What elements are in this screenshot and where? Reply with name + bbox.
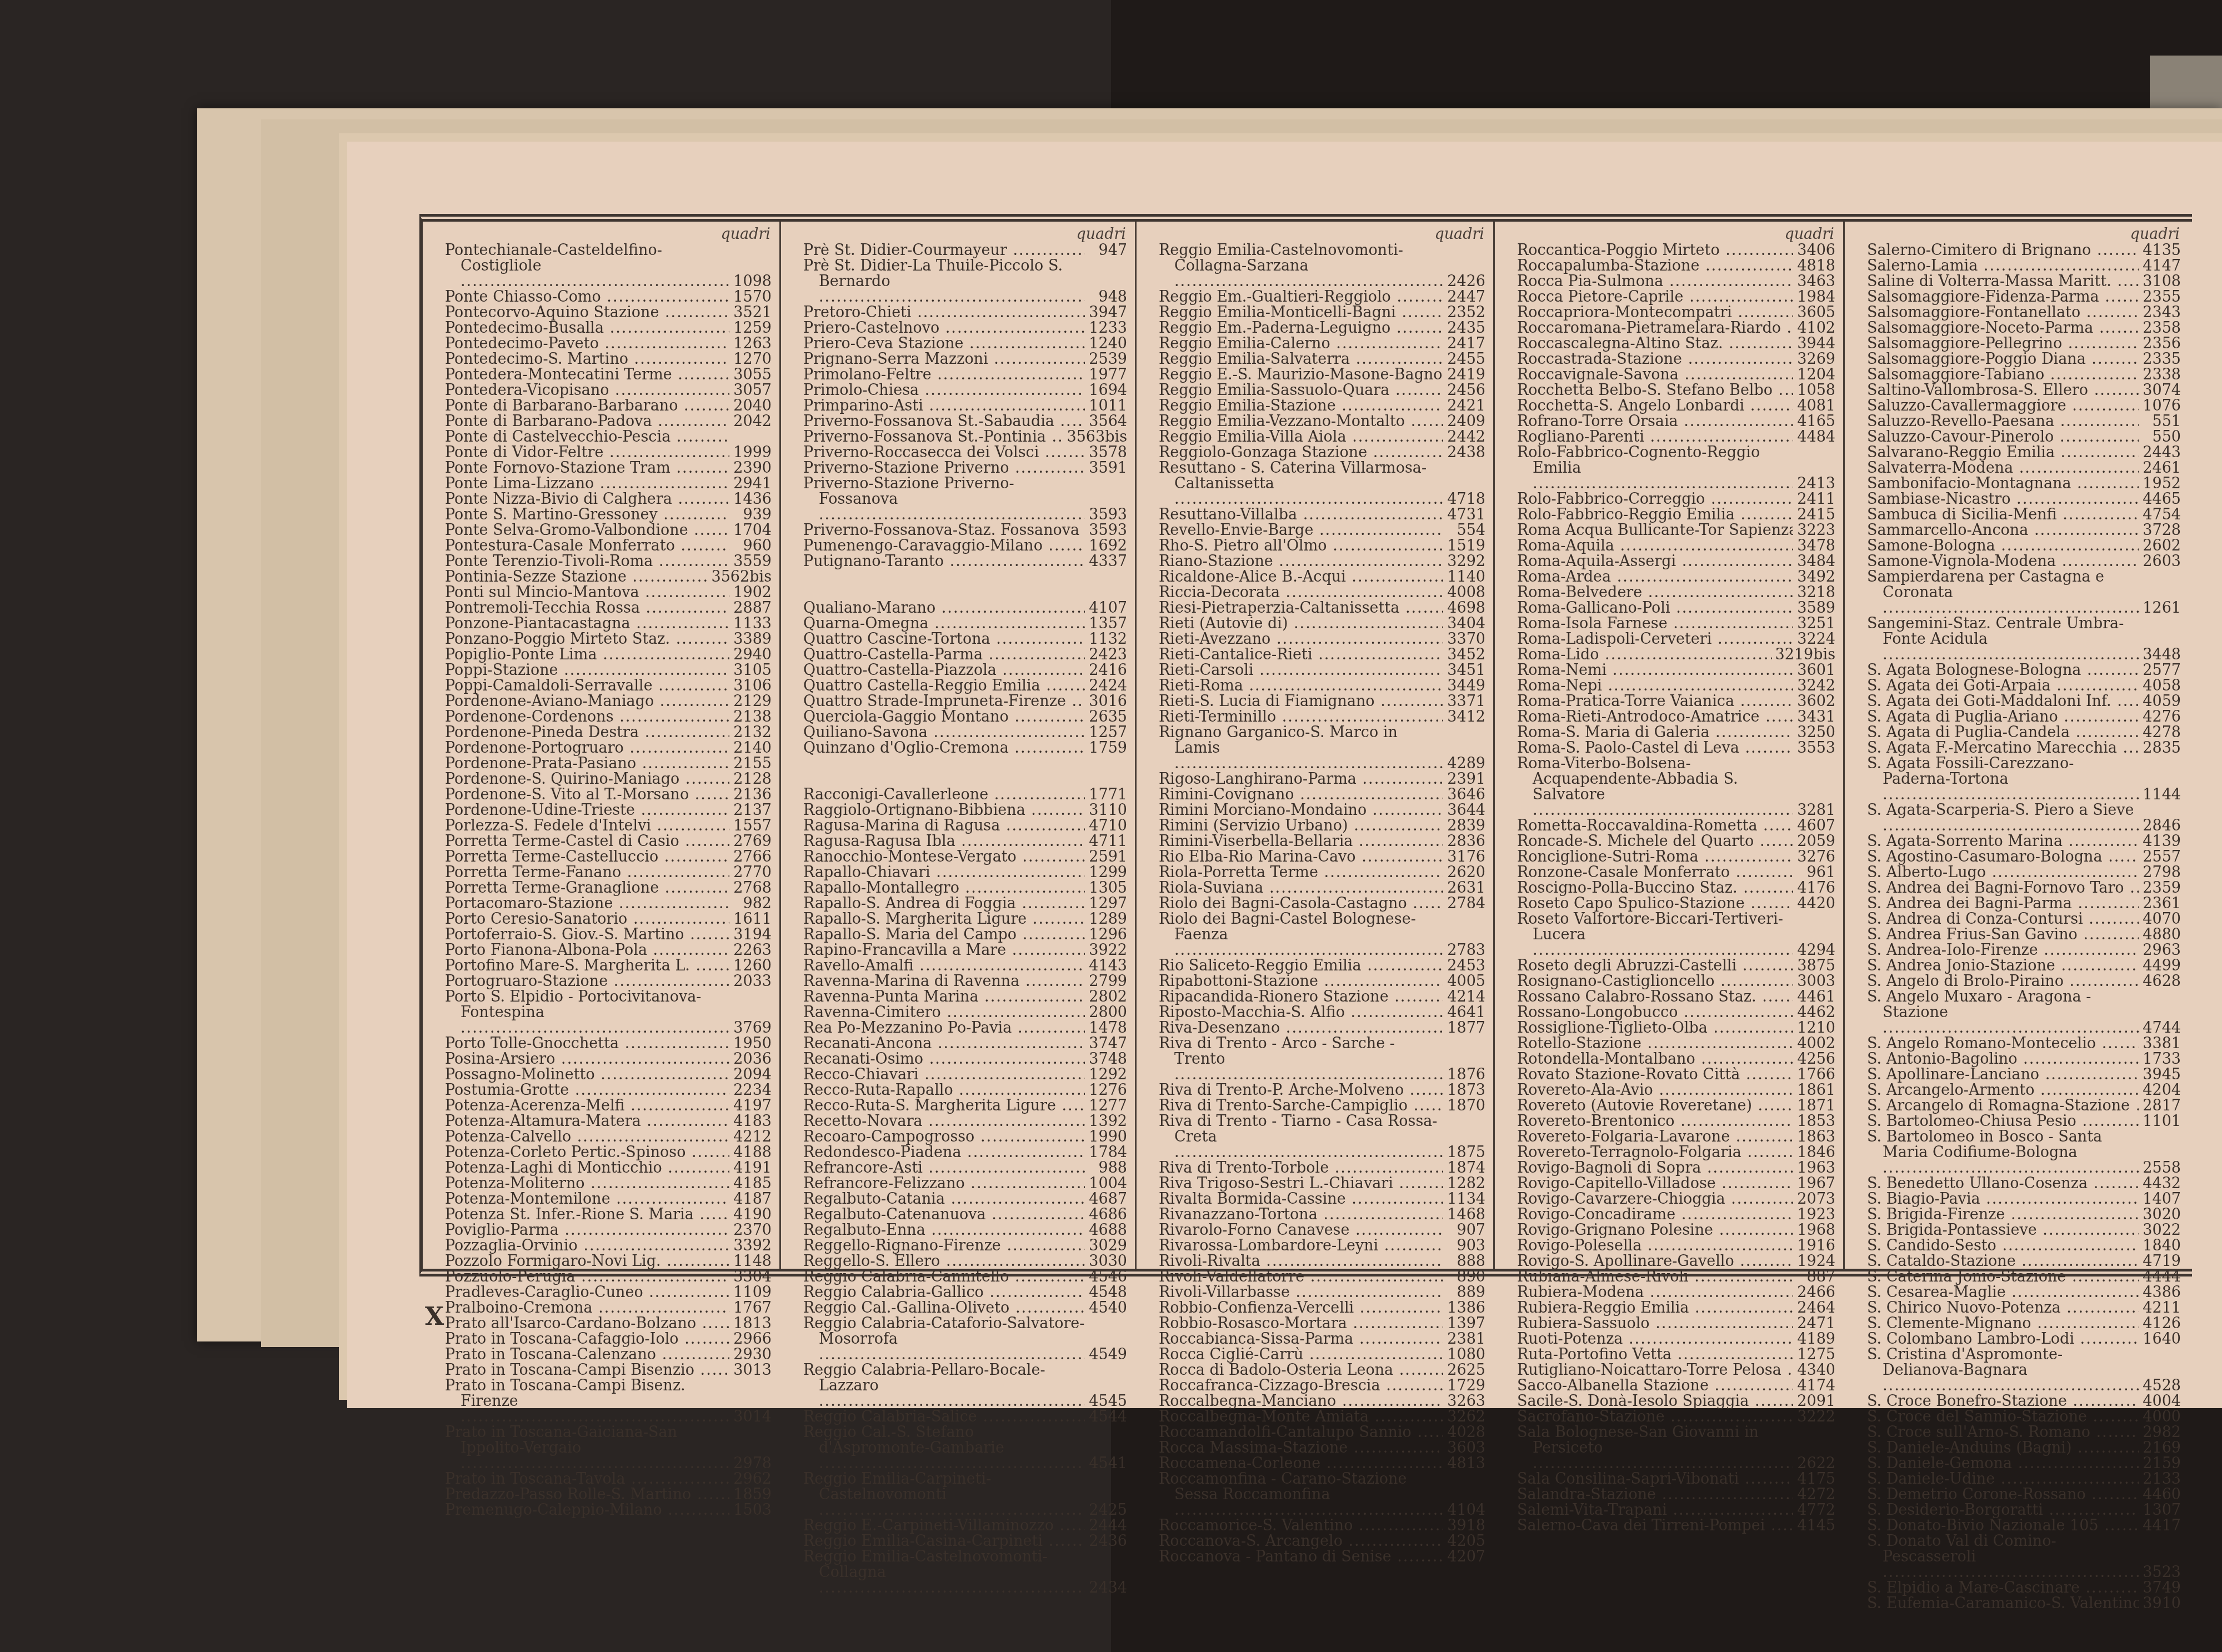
index-columns: quadriPontechianale-Casteldelfino-Costig… <box>423 222 2192 1269</box>
index-entry: Roscigno-Polla-Buccino Staz.4176 <box>1517 880 1835 896</box>
entry-table-number: 4641 <box>1443 1005 1485 1020</box>
entry-route-name: Ponte Chiasso-Como <box>445 289 729 305</box>
entry-table-number: 4465 <box>2139 492 2181 507</box>
entry-route-name: Reggio Cal.-Gallina-Oliveto <box>803 1300 1085 1316</box>
index-entry: Popiglio-Ponte Lima2940 <box>445 647 772 663</box>
entry-route-name: Pontechianale-Casteldelfino-Costigliole <box>445 243 729 289</box>
entry-route-name: S. Bartolomeo in Bosco - Santa Maria Cod… <box>1867 1129 2139 1176</box>
index-entry: S. Arcangelo-Armento4204 <box>1867 1083 2181 1098</box>
entry-table-number: 4754 <box>2139 507 2181 523</box>
entry-route-name: Riva-Desenzano <box>1159 1020 1443 1036</box>
index-entry: Reggio E.-Carpineti-Villaminozzo2444 <box>803 1518 1127 1534</box>
entry-table-number: 1257 <box>1085 725 1127 740</box>
entry-route-name: Rocca di Badolo-Osteria Leona <box>1159 1363 1443 1378</box>
column-header-quadri: quadri <box>803 227 1127 242</box>
entry-table-number: 1902 <box>729 585 772 600</box>
index-entry: Racconigi-Cavallerleone1771 <box>803 787 1127 803</box>
index-entry: S. Angelo Muxaro - Aragona - Stazione474… <box>1867 989 2181 1036</box>
entry-route-name: Roma-Nemi <box>1517 663 1793 678</box>
entry-table-number: 4711 <box>1085 834 1127 849</box>
entry-table-number: 2817 <box>2139 1098 2181 1114</box>
entry-table-number: 4340 <box>1793 1363 1835 1378</box>
entry-route-name: Pontedecimo-Busalla <box>445 321 729 336</box>
entry-route-name: Regalbuto-Enna <box>803 1223 1085 1238</box>
index-entry: Roncade-S. Michele del Quarto2059 <box>1517 834 1835 849</box>
entry-table-number: 4462 <box>1793 1005 1835 1020</box>
entry-route-name: Pumenengo-Caravaggio-Milano <box>803 538 1085 554</box>
entry-table-number: 2442 <box>1443 429 1485 445</box>
entry-route-name: Ricaldone-Alice B.-Acqui <box>1159 569 1443 585</box>
entry-route-name: Riva di Trento-P. Arche-Molveno <box>1159 1083 1443 1098</box>
index-entry: Pordenone-Udine-Trieste2137 <box>445 803 772 818</box>
entry-route-name: Rolo-Fabbrico-Reggio Emilia <box>1517 507 1793 523</box>
entry-route-name: Pontedera-Vicopisano <box>445 383 729 398</box>
entry-table-number: 2132 <box>729 725 772 740</box>
entry-table-number: 1853 <box>1793 1114 1835 1129</box>
index-entry: Refrancore-Asti988 <box>803 1160 1127 1176</box>
index-entry: Rovigo-Polesella1916 <box>1517 1238 1835 1254</box>
entry-table-number: 4813 <box>1443 1456 1485 1471</box>
index-entry: Rivoli-Valdellatorre890 <box>1159 1269 1485 1285</box>
entry-table-number: 3593 <box>1085 523 1127 538</box>
entry-table-number: 1101 <box>2139 1114 2181 1129</box>
index-column-5: quadriSalerno-Cimitero di Brignano4135Sa… <box>1845 222 2189 1269</box>
entry-route-name: Recco-Ruta-S. Margherita Ligure <box>803 1098 1085 1114</box>
entry-route-name: Priverno-Fossanova-Staz. Fossanova <box>803 523 1085 538</box>
entry-route-name: Premenugo-Caleppio-Milano <box>445 1503 729 1518</box>
entry-route-name: Roma-Gallicano-Poli <box>1517 600 1793 616</box>
entry-route-name: Rogliano-Parenti <box>1517 429 1793 445</box>
index-entry: Quinzano d'Oglio-Cremona1759 <box>803 740 1127 756</box>
entry-route-name: Sacrofano-Stazione <box>1517 1409 1793 1425</box>
index-entry: S. Daniele-Udine2133 <box>1867 1471 2181 1487</box>
entry-route-name: S. Desiderio-Borgoratti <box>1867 1503 2139 1518</box>
entry-table-number: 2766 <box>729 849 772 865</box>
entry-table-number: 1557 <box>729 818 772 834</box>
entry-table-number: 2413 <box>1793 476 1835 492</box>
entry-route-name: Rimini-Viserbella-Bellaria <box>1159 834 1443 849</box>
entry-route-name: S. Agostino-Casumaro-Bologna <box>1867 849 2139 865</box>
entry-table-number: 4460 <box>2139 1487 2181 1503</box>
index-entry: Saluzzo-Cavour-Pinerolo550 <box>1867 429 2181 445</box>
entry-table-number: 3218 <box>1793 585 1835 600</box>
entry-table-number: 889 <box>1443 1285 1485 1300</box>
index-entry: Potenza-Moliterno4185 <box>445 1176 772 1192</box>
entry-table-number: 2962 <box>729 1471 772 1487</box>
entry-route-name: S. Agata F.-Mercatino Marecchia <box>1867 740 2139 756</box>
entry-table-number: 2798 <box>2139 865 2181 880</box>
entry-route-name: Ponte di Vidor-Feltre <box>445 445 729 460</box>
index-entry: Reggio Calabria-Gallico4548 <box>803 1285 1127 1300</box>
index-entry: Ravenna-Marina di Ravenna2799 <box>803 974 1127 989</box>
index-entry: Rio Elba-Rio Marina-Cavo3176 <box>1159 849 1485 865</box>
entry-route-name: Riesi-Pietraperzia-Caltanissetta <box>1159 600 1443 616</box>
entry-table-number: 1503 <box>729 1503 772 1518</box>
entry-route-name: Riva di Trento - Arco - Sarche - Trento <box>1159 1036 1443 1083</box>
entry-route-name: Roccanova - Pantano di Senise <box>1159 1549 1443 1565</box>
index-entry: Riccia-Decorata4008 <box>1159 585 1485 600</box>
index-entry: Samone-Vignola-Modena2603 <box>1867 554 2181 569</box>
entry-table-number: 2603 <box>2139 554 2181 569</box>
entry-table-number: 2846 <box>2139 818 2181 834</box>
entry-route-name: Roccalbegna-Monte Amiata <box>1159 1409 1443 1425</box>
entry-table-number: 3922 <box>1085 943 1127 958</box>
index-entry: Roccalbegna-Manciano3263 <box>1159 1394 1485 1409</box>
entry-table-number: 2836 <box>1443 834 1485 849</box>
index-entry: Potenza St. Infer.-Rione S. Maria4190 <box>445 1207 772 1223</box>
entry-table-number: 4772 <box>1793 1503 1835 1518</box>
entry-route-name: Rigoso-Langhirano-Parma <box>1159 772 1443 787</box>
entry-route-name: Ponte S. Martino-Gressoney <box>445 507 729 523</box>
index-entry: Roma-Pratica-Torre Vaianica3602 <box>1517 694 1835 709</box>
index-column-1: quadriPontechianale-Casteldelfino-Costig… <box>423 222 781 1269</box>
entry-route-name: Salsomaggiore-Fontanellato <box>1867 305 2139 321</box>
entry-table-number: 2390 <box>729 460 772 476</box>
entry-route-name: Ponte di Barbarano-Barbarano <box>445 398 729 414</box>
index-entry: Rovigo-Concadirame1923 <box>1517 1207 1835 1223</box>
entry-table-number: 3947 <box>1085 305 1127 321</box>
entry-table-number: 4278 <box>2139 725 2181 740</box>
entry-route-name: S. Agata di Puglia-Candela <box>1867 725 2139 740</box>
index-entry: Roseto Valfortore-Biccari-Tertiveri-Luce… <box>1517 912 1835 958</box>
index-entry: S. Andrea Jonio-Stazione4499 <box>1867 958 2181 974</box>
entry-table-number: 4139 <box>2139 834 2181 849</box>
entry-table-number: 4540 <box>1085 1300 1127 1316</box>
entry-table-number: 890 <box>1443 1269 1485 1285</box>
index-entry: Reggio Calabria-Pellaro-Bocale-Lazzaro45… <box>803 1363 1127 1409</box>
index-entry: Ponte Terenzio-Tivoli-Roma3559 <box>445 554 772 569</box>
index-entry: Reggio Calabria-Salice4544 <box>803 1409 1127 1425</box>
entry-route-name: Riccia-Decorata <box>1159 585 1443 600</box>
entry-route-name: Rapallo-Chiavari <box>803 865 1085 880</box>
index-entry: S. Bartolomeo in Bosco - Santa Maria Cod… <box>1867 1129 2181 1176</box>
entry-table-number: 1611 <box>729 912 772 927</box>
index-entry: Reggiolo-Gonzaga Stazione2438 <box>1159 445 1485 460</box>
index-entry: Roccabianca-Sissa-Parma2381 <box>1159 1331 1485 1347</box>
index-entry: Reggio Emilia-Calerno2417 <box>1159 336 1485 352</box>
index-entry: S. Daniele-Gemona2159 <box>1867 1456 2181 1471</box>
entry-table-number: 1950 <box>729 1036 772 1052</box>
index-entry: Redondesco-Piadena1784 <box>803 1145 1127 1160</box>
entry-table-number: 4484 <box>1793 429 1835 445</box>
index-entry: Saluzzo-Cavallermaggiore1076 <box>1867 398 2181 414</box>
entry-route-name: Sacco-Albanella Stazione <box>1517 1378 1793 1394</box>
index-entry: Rovereto-Terragnolo-Folgaria1846 <box>1517 1145 1835 1160</box>
entry-route-name: Ragusa-Marina di Ragusa <box>803 818 1085 834</box>
entry-table-number: 4461 <box>1793 989 1835 1005</box>
entry-route-name: Riano-Stazione <box>1159 554 1443 569</box>
entry-table-number: 4548 <box>1085 1285 1127 1300</box>
index-entry: Ponti sul Mincio-Mantova1902 <box>445 585 772 600</box>
entry-table-number: 4710 <box>1085 818 1127 834</box>
index-entry: Quattro-Castella-Piazzola2416 <box>803 663 1127 678</box>
index-entry: Porto Fianona-Albona-Pola2263 <box>445 943 772 958</box>
entry-route-name: Rovigo-Capitello-Villadose <box>1517 1176 1793 1192</box>
entry-table-number: 4444 <box>2139 1269 2181 1285</box>
index-entry: Rolo-Fabbrico-Correggio2411 <box>1517 492 1835 507</box>
index-entry: Rutigliano-Noicattaro-Torre Pelosa4340 <box>1517 1363 1835 1378</box>
entry-route-name: Rovigo-Bagnoli di Sopra <box>1517 1160 1793 1176</box>
entry-route-name: Reggio Em.-Gualtieri-Reggiolo <box>1159 289 1443 305</box>
entry-table-number: 4204 <box>2139 1083 2181 1098</box>
entry-route-name: Prignano-Serra Mazzoni <box>803 352 1085 367</box>
index-entry: Robbio-Confienza-Vercelli1386 <box>1159 1300 1485 1316</box>
entry-route-name: Refrancore-Felizzano <box>803 1176 1085 1192</box>
index-entry: Rotondella-Montalbano4256 <box>1517 1052 1835 1067</box>
index-entry: Pontedecimo-S. Martino1270 <box>445 352 772 367</box>
entry-route-name: S. Brigida-Pontassieve <box>1867 1223 2139 1238</box>
index-entry: Rubiera-Sassuolo2471 <box>1517 1316 1835 1331</box>
entry-table-number: 3370 <box>1443 632 1485 647</box>
entry-route-name: Possagno-Molinetto <box>445 1067 729 1083</box>
entry-table-number: 1204 <box>1793 367 1835 383</box>
entry-route-name: Roma-Ladispoli-Cerveteri <box>1517 632 1793 647</box>
entry-route-name: Potenza-Laghi di Monticchio <box>445 1160 729 1176</box>
entry-route-name: Rapallo-S. Andrea di Foggia <box>803 896 1085 912</box>
entry-table-number: 1080 <box>1443 1347 1485 1363</box>
index-entry: Pradleves-Caraglio-Cuneo1109 <box>445 1285 772 1300</box>
index-entry: Pontecorvo-Aquino Stazione3521 <box>445 305 772 321</box>
entry-route-name: Ponti sul Mincio-Mantova <box>445 585 729 600</box>
entry-table-number: 1813 <box>729 1316 772 1331</box>
index-entry: S. Cataldo-Stazione4719 <box>1867 1254 2181 1269</box>
entry-route-name: Portacomaro-Stazione <box>445 896 729 912</box>
entry-route-name: Rimini-Covignano <box>1159 787 1443 803</box>
entry-route-name: Ponte di Castelvecchio-Pescia <box>445 429 729 445</box>
entry-table-number: 2417 <box>1443 336 1485 352</box>
entry-route-name: Riola-Porretta Terme <box>1159 865 1443 880</box>
entry-table-number: 982 <box>729 896 772 912</box>
entry-table-number: 3769 <box>729 1020 772 1036</box>
entry-route-name: Roseto Valfortore-Biccari-Tertiveri-Luce… <box>1517 912 1793 958</box>
index-entry: Sampierdarena per Castagna e Coronata126… <box>1867 569 2181 616</box>
index-entry: S. Colombano Lambro-Lodi1640 <box>1867 1331 2181 1347</box>
entry-table-number: 4731 <box>1443 507 1485 523</box>
entry-route-name: Recetto-Novara <box>803 1114 1085 1129</box>
entry-table-number: 551 <box>2139 414 2181 429</box>
entry-table-number: 3304 <box>729 1269 772 1285</box>
index-entry: Roma-Lido3219bis <box>1517 647 1835 663</box>
index-entry: Porretta Terme-Fanano2770 <box>445 865 772 880</box>
entry-route-name: Redondesco-Piadena <box>803 1145 1085 1160</box>
index-entry: Reggio E.-S. Maurizio-Masone-Bagno2419 <box>1159 367 1485 383</box>
index-entry: Roma-Ardea3492 <box>1517 569 1835 585</box>
entry-route-name: Potenza-Moliterno <box>445 1176 729 1192</box>
entry-route-name: Pontecorvo-Aquino Stazione <box>445 305 729 321</box>
entry-table-number: 2557 <box>2139 849 2181 865</box>
entry-table-number: 4165 <box>1793 414 1835 429</box>
index-entry: Rovato Stazione-Rovato Città1766 <box>1517 1067 1835 1083</box>
entry-table-number: 2391 <box>1443 772 1485 787</box>
entry-route-name: Putignano-Taranto <box>803 554 1085 569</box>
index-entry: Priero-Castelnovo1233 <box>803 321 1127 336</box>
entry-table-number: 1140 <box>1443 569 1485 585</box>
entry-route-name: Roma Acqua Bullicante-Tor Sapienza <box>1517 523 1793 538</box>
entry-route-name: Salsomaggiore-Noceto-Parma <box>1867 321 2139 336</box>
entry-table-number: 4386 <box>2139 1285 2181 1300</box>
index-entry: Rapallo-S. Maria del Campo1296 <box>803 927 1127 943</box>
index-entry: Sacrofano-Stazione3222 <box>1517 1409 1835 1425</box>
index-entry: Roccapriora-Montecompatri3605 <box>1517 305 1835 321</box>
entry-table-number: 4256 <box>1793 1052 1835 1067</box>
index-entry: Roccanova - Pantano di Senise4207 <box>1159 1549 1485 1565</box>
entry-table-number: 4059 <box>2139 694 2181 709</box>
entry-table-number: 4145 <box>1793 1518 1835 1534</box>
entry-route-name: S. Agata di Puglia-Ariano <box>1867 709 2139 725</box>
index-entry: Reggio Emilia-Vezzano-Montalto2409 <box>1159 414 1485 429</box>
entry-route-name: Sambonifacio-Montagnana <box>1867 476 2139 492</box>
entry-route-name: Roseto Capo Spulico-Stazione <box>1517 896 1793 912</box>
index-entry: Rosignano-Castiglioncello3003 <box>1517 974 1835 989</box>
entry-route-name: Rubiera-Modena <box>1517 1285 1793 1300</box>
index-entry: Ragusa-Marina di Ragusa4710 <box>803 818 1127 834</box>
entry-route-name: Prato in Toscana-Calenzano <box>445 1347 729 1363</box>
index-entry: Recetto-Novara1392 <box>803 1114 1127 1129</box>
entry-route-name: Reggio Emilia-Castelnovomonti-Collagna <box>803 1549 1085 1596</box>
entry-table-number: 1058 <box>1793 383 1835 398</box>
entry-route-name: Primparino-Asti <box>803 398 1085 414</box>
entry-route-name: Riolo dei Bagni-Castel Bolognese-Faenza <box>1159 912 1443 958</box>
index-entry: Rapallo-S. Andrea di Foggia1297 <box>803 896 1127 912</box>
entry-table-number: 1984 <box>1793 289 1835 305</box>
index-entry: S. Andrea dei Bagni-Parma2361 <box>1867 896 2181 912</box>
entry-route-name: Roma-Ardea <box>1517 569 1793 585</box>
entry-route-name: Ravenna-Marina di Ravenna <box>803 974 1085 989</box>
entry-table-number: 4002 <box>1793 1036 1835 1052</box>
entry-route-name: S. Agata-Scarperia-S. Piero a Sieve <box>1867 803 2139 834</box>
entry-table-number: 2966 <box>729 1331 772 1347</box>
index-entry: Priverno-Fossanova-Staz. Fossanova3593 <box>803 523 1127 538</box>
entry-route-name: S. Daniele-Gemona <box>1867 1456 2139 1471</box>
index-entry: Ravenna-Punta Marina2802 <box>803 989 1127 1005</box>
index-entry: Pontestura-Casale Monferrato960 <box>445 538 772 554</box>
index-entry: S. Andrea dei Bagni-Fornovo Taro2359 <box>1867 880 2181 896</box>
index-entry: Rieti-Cantalice-Rieti3452 <box>1159 647 1485 663</box>
entry-table-number: 2234 <box>729 1083 772 1098</box>
index-entry: S. Andrea Frius-San Gavino4880 <box>1867 927 2181 943</box>
entry-route-name: Reggio Cal.-S. Stefano d'Aspromonte-Gamb… <box>803 1425 1085 1471</box>
entry-table-number: 4544 <box>1085 1409 1127 1425</box>
entry-route-name: S. Andrea di Conza-Contursi <box>1867 912 2139 927</box>
entry-route-name: Rovigo-Cavarzere-Chioggia <box>1517 1192 1793 1207</box>
entry-table-number: 2466 <box>1793 1285 1835 1300</box>
entry-route-name: Rivarolo-Forno Canavese <box>1159 1223 1443 1238</box>
entry-route-name: Roccamorice-S. Valentino <box>1159 1518 1443 1534</box>
index-entry: Roccamena-Corleone4813 <box>1159 1456 1485 1471</box>
entry-route-name: Roccanova-S. Arcangelo <box>1159 1534 1443 1549</box>
entry-route-name: Predazzo-Passo Rolle-S. Martino <box>445 1487 729 1503</box>
entry-table-number: 3106 <box>729 678 772 694</box>
entry-table-number: 3749 <box>2139 1580 2181 1596</box>
entry-route-name: Riva di Trento-Torbole <box>1159 1160 1443 1176</box>
entry-route-name: Porlezza-S. Fedele d'Intelvi <box>445 818 729 834</box>
entry-table-number: 1840 <box>2139 1238 2181 1254</box>
index-entry: Ravenna-Cimitero2800 <box>803 1005 1127 1020</box>
index-entry: S. Agata di Puglia-Ariano4276 <box>1867 709 2181 725</box>
entry-table-number: 3563bis <box>1064 429 1128 445</box>
index-entry: Resuttano-Villalba4731 <box>1159 507 1485 523</box>
entry-route-name: Prato in Toscana-Campi Bisenz. Firenze <box>445 1378 729 1425</box>
index-entry: Rapino-Francavilla a Mare3922 <box>803 943 1127 958</box>
entry-table-number: 2159 <box>2139 1456 2181 1471</box>
entry-route-name: Reggello-S. Ellero <box>803 1254 1085 1269</box>
entry-table-number: 3451 <box>1443 663 1485 678</box>
entry-table-number: 4688 <box>1085 1223 1127 1238</box>
entry-route-name: Porto Fianona-Albona-Pola <box>445 943 729 958</box>
entry-table-number: 3105 <box>729 663 772 678</box>
index-entry: Riva di Trento-Sarche-Campiglio1870 <box>1159 1098 1485 1114</box>
entry-route-name: Pralboino-Cremona <box>445 1300 729 1316</box>
entry-route-name: Reggiolo-Gonzaga Stazione <box>1159 445 1443 460</box>
index-entry: Pordenone-S. Vito al T.-Morsano2136 <box>445 787 772 803</box>
entry-route-name: Rapino-Francavilla a Mare <box>803 943 1085 958</box>
entry-table-number: 2169 <box>2139 1440 2181 1456</box>
entry-table-number: 4686 <box>1085 1207 1127 1223</box>
entry-table-number: 4212 <box>729 1129 772 1145</box>
entry-route-name: Regalbuto-Catania <box>803 1192 1085 1207</box>
entry-route-name: Reggio Emilia-Castelnovomonti-Collagna-S… <box>1159 243 1443 289</box>
index-entry: Prato in Toscana-Calenzano2930 <box>445 1347 772 1363</box>
entry-route-name: S. Benedetto Ullano-Cosenza <box>1867 1176 2139 1192</box>
index-entry: Rivoli-Villarbasse889 <box>1159 1285 1485 1300</box>
entry-table-number: 4294 <box>1793 943 1835 958</box>
entry-table-number: 2425 <box>1085 1503 1127 1518</box>
entry-table-number: 2635 <box>1085 709 1127 725</box>
index-entry: Pontremoli-Tecchia Rossa2887 <box>445 600 772 616</box>
entry-table-number: 2620 <box>1443 865 1485 880</box>
entry-route-name: Roma-S. Paolo-Castel di Leva <box>1517 740 1793 756</box>
entry-table-number: 1771 <box>1085 787 1127 803</box>
entry-table-number: 1076 <box>2139 398 2181 414</box>
index-entry: Rieti-Roma3449 <box>1159 678 1485 694</box>
entry-route-name: Recanati-Osimo <box>803 1052 1085 1067</box>
entry-route-name: Reggio Emilia-Stazione <box>1159 398 1443 414</box>
entry-table-number: 961 <box>1793 865 1835 880</box>
entry-route-name: S. Croce sull'Arno-S. Romano <box>1867 1425 2139 1440</box>
entry-table-number: 2591 <box>1085 849 1127 865</box>
entry-table-number: 2768 <box>729 880 772 896</box>
entry-table-number: 4135 <box>2139 243 2181 258</box>
entry-table-number: 2436 <box>1085 1534 1127 1549</box>
index-entry: Salvaterra-Modena2461 <box>1867 460 2181 476</box>
entry-table-number: 1210 <box>1793 1020 1835 1036</box>
index-entry: Rovereto-Folgaria-Lavarone1863 <box>1517 1129 1835 1145</box>
entry-route-name: Qualiano-Marano <box>803 600 1085 616</box>
index-entry: S. Agata dei Goti-Arpaia4058 <box>1867 678 2181 694</box>
index-entry: Priverno-Stazione Priverno3591 <box>803 460 1127 476</box>
entry-table-number: 1874 <box>1443 1160 1485 1176</box>
index-entry: Potenza-Montemilone4187 <box>445 1192 772 1207</box>
index-entry: Ripacandida-Rionero Stazione4214 <box>1159 989 1485 1005</box>
index-entry: Roma-Aquila3478 <box>1517 538 1835 554</box>
entry-route-name: Roma-Viterbo-Bolsena-Acquapendente-Abbad… <box>1517 756 1793 818</box>
index-entry: Premenugo-Caleppio-Milano1503 <box>445 1503 772 1518</box>
entry-route-name: Rieti-Avezzano <box>1159 632 1443 647</box>
entry-route-name: Roccantica-Poggio Mirteto <box>1517 243 1793 258</box>
index-entry: Reggio Em.-Paderna-Leguigno2435 <box>1159 321 1485 336</box>
entry-route-name: Ponte di Barbarano-Padova <box>445 414 729 429</box>
entry-route-name: S. Demetrio Corone-Rossano <box>1867 1487 2139 1503</box>
entry-route-name: Potenza-Calvello <box>445 1129 729 1145</box>
entry-route-name: S. Caterina Jonio-Stazione <box>1867 1269 2139 1285</box>
index-entry: Sala Consilina-Sapri-Vibonati4175 <box>1517 1471 1835 1487</box>
entry-table-number: 2094 <box>729 1067 772 1083</box>
entry-table-number: 4189 <box>1793 1331 1835 1347</box>
index-entry: Rocchetta-S. Angelo Lonbardi4081 <box>1517 398 1835 414</box>
entry-route-name: Roccabianca-Sissa-Parma <box>1159 1331 1443 1347</box>
entry-table-number: 2434 <box>1085 1580 1127 1596</box>
index-entry: S. Bartolomeo-Chiusa Pesio1101 <box>1867 1114 2181 1129</box>
